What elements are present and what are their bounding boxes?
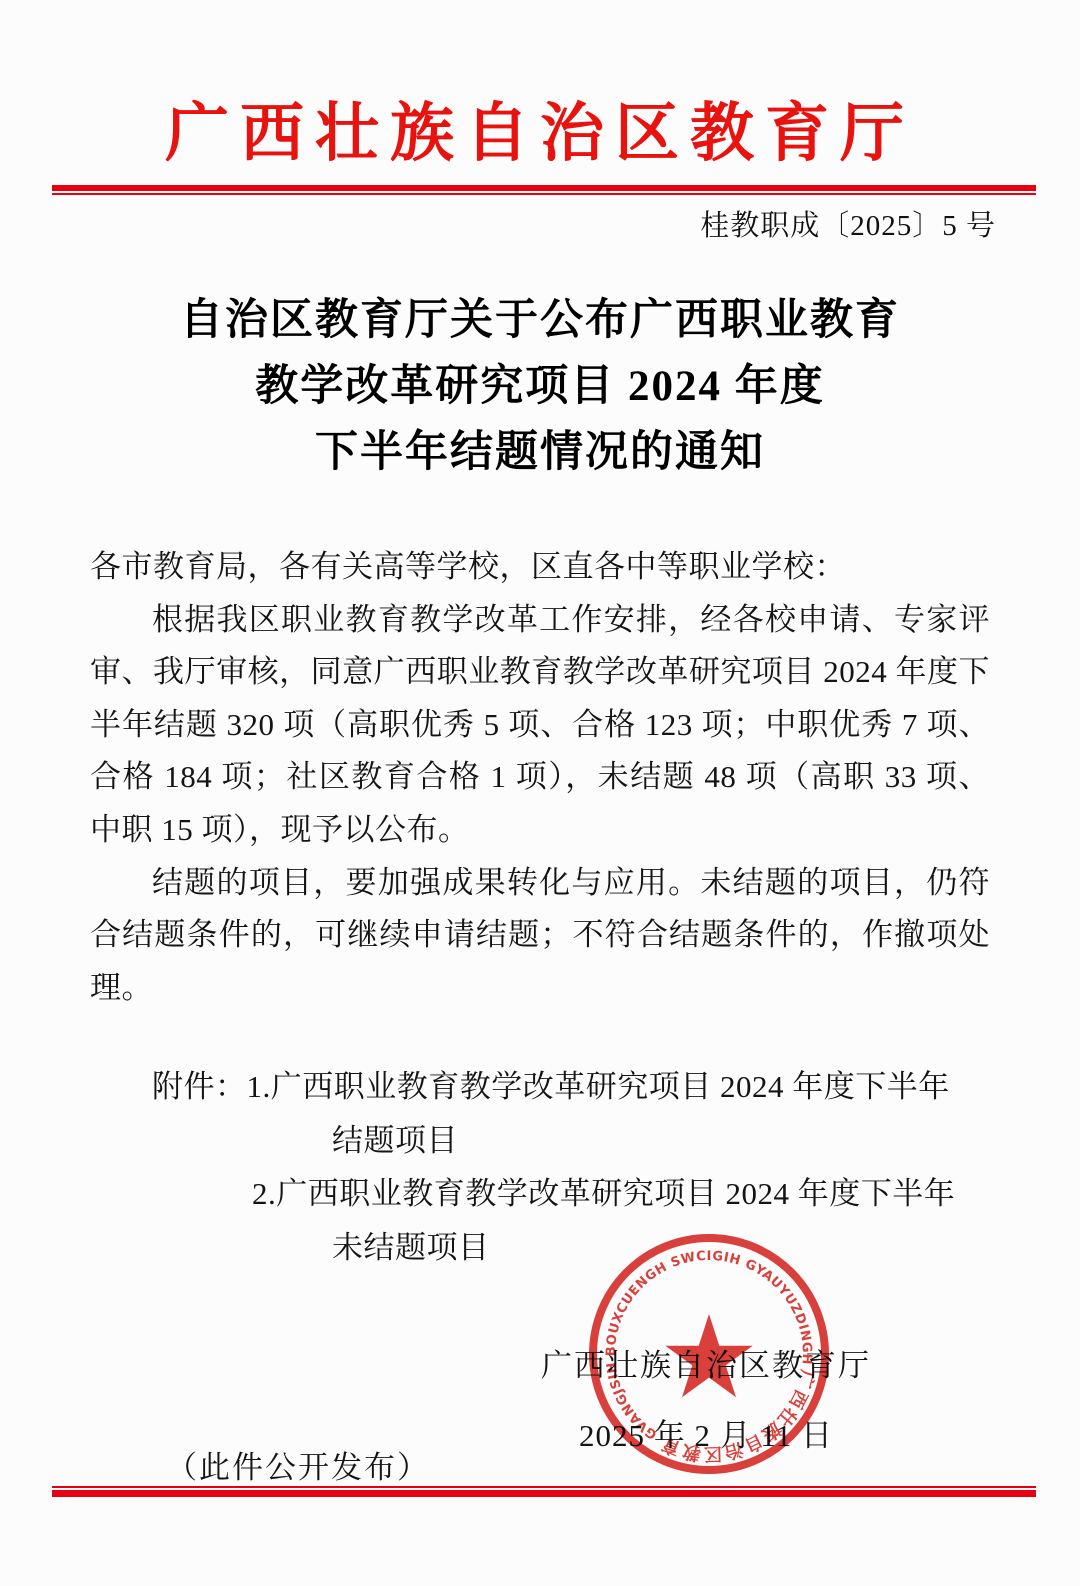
- notice-body: 各市教育局，各有关高等学校，区直各中等职业学校： 根据我区职业教育教学改革工作安…: [90, 541, 990, 1014]
- notice-title: 自治区教育厅关于公布广西职业教育 教学改革研究项目 2024 年度 下半年结题情…: [0, 288, 1080, 486]
- attachment-item-1: 附件：1. 广西职业教育教学改革研究项目 2024 年度下半年: [152, 1060, 955, 1114]
- footer-divider-thin-bar: [52, 1486, 1036, 1488]
- official-seal: GVANGJSIH BOUXCUENGH SWCIGIH GYAUYUZDING…: [579, 1224, 839, 1484]
- letterhead-org-name: 广西壮族自治区教育厅: [0, 82, 1080, 174]
- footer-divider-thick-bar: [52, 1490, 1036, 1497]
- body-paragraph-2: 结题的项目，要加强成果转化与应用。未结题的项目，仍符合结题条件的，可继续申请结题…: [90, 857, 990, 1015]
- notice-title-line-2: 教学改革研究项目 2024 年度: [0, 354, 1080, 420]
- attachment-1-number: 1.: [247, 1060, 271, 1114]
- attachment-2-text: 广西职业教育教学改革研究项目 2024 年度下半年: [276, 1176, 955, 1211]
- attachments-label: 附件：: [152, 1069, 247, 1104]
- notice-title-line-1: 自治区教育厅关于公布广西职业教育: [0, 288, 1080, 354]
- body-salutation: 各市教育局，各有关高等学校，区直各中等职业学校：: [90, 541, 990, 594]
- letterhead-divider: [52, 185, 1036, 195]
- footer-divider: [52, 1486, 1036, 1497]
- document-page: 广西壮族自治区教育厅 桂教职成〔2025〕5 号 自治区教育厅关于公布广西职业教…: [0, 0, 1080, 1586]
- attachment-1-text: 广西职业教育教学改革研究项目 2024 年度下半年: [271, 1069, 950, 1104]
- attachment-1-continuation: 结题项目: [332, 1114, 955, 1168]
- doc-number: 桂教职成〔2025〕5 号: [700, 203, 996, 244]
- public-release-note: （此件公开发布）: [166, 1442, 430, 1487]
- notice-title-line-3: 下半年结题情况的通知: [0, 420, 1080, 486]
- letterhead-divider-thick-bar: [52, 185, 1036, 191]
- letterhead-divider-thin-bar: [52, 193, 1036, 195]
- body-paragraph-1: 根据我区职业教育教学改革工作安排，经各校申请、专家评审、我厅审核，同意广西职业教…: [90, 594, 990, 857]
- attachment-2-number: 2.: [252, 1167, 276, 1221]
- attachment-item-2: 2. 广西职业教育教学改革研究项目 2024 年度下半年: [252, 1167, 955, 1221]
- seal-star-icon: [665, 1314, 752, 1397]
